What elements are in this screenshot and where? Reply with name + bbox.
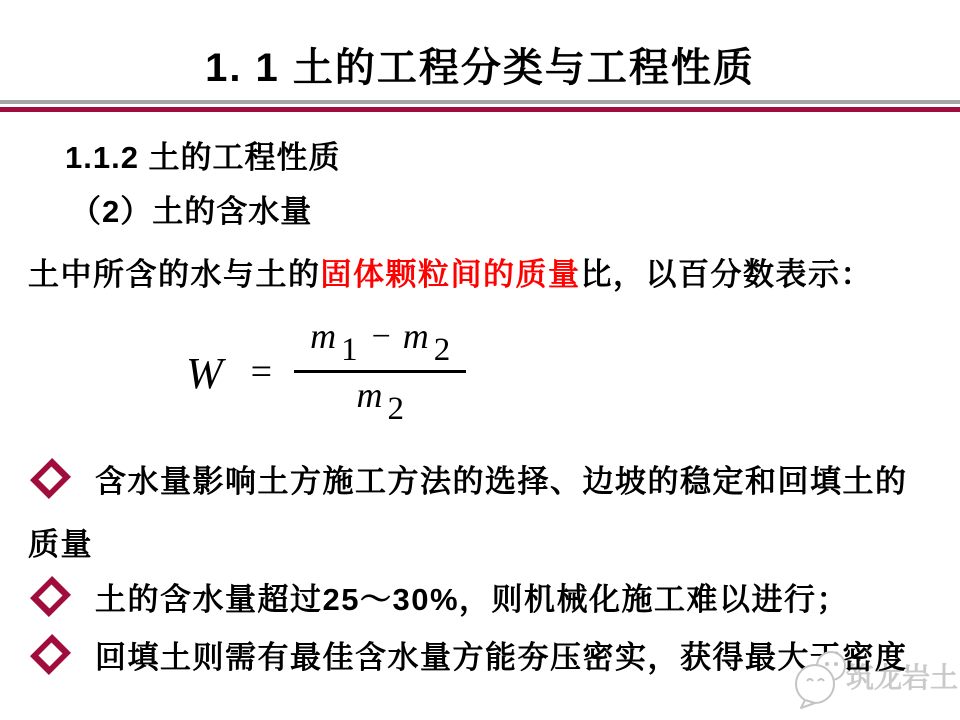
presentation-slide: 1. 1 土的工程分类与工程性质 1.1.2 土的工程性质 （2）土的含水量 土… bbox=[0, 0, 960, 720]
formula-fraction: m 1 − m 2 m 2 bbox=[294, 318, 466, 413]
section-subheading: （2）土的含水量 bbox=[70, 186, 312, 231]
intro-paragraph: 土中所含的水与土的固体颗粒间的质量比，以百分数表示： bbox=[28, 249, 873, 294]
watermark-chat-bubbles-logo-icon bbox=[791, 648, 853, 710]
section-heading: 1.1.2 土的工程性质 bbox=[65, 132, 341, 177]
diamond-bullet-icon bbox=[30, 576, 71, 617]
formula-equals-sign: = bbox=[251, 350, 272, 394]
bullet-item-water-content-influence: 含水量影响土方施工方法的选择、边坡的稳定和回填土的质量 bbox=[28, 450, 908, 576]
formula-den-m-var: m bbox=[356, 377, 382, 413]
intro-text-post: 比，以百分数表示： bbox=[581, 257, 874, 292]
intro-text-highlight: 固体颗粒间的质量 bbox=[321, 257, 581, 292]
water-content-formula: W = m 1 − m 2 m 2 bbox=[186, 318, 466, 413]
bullet-item-backfill-compaction: 回填土则需有最佳含水量方能夯压密实，获得最大干密度 bbox=[28, 626, 908, 689]
formula-denominator: m 2 bbox=[356, 377, 404, 413]
formula-m1-var: m bbox=[310, 318, 336, 354]
bullet-text: 回填土则需有最佳含水量方能夯压密实，获得最大干密度 bbox=[95, 640, 908, 675]
bullet-text: 土的含水量超过25～30%，则机械化施工难以进行； bbox=[95, 582, 849, 617]
diamond-bullet-icon bbox=[30, 634, 71, 675]
formula-den-subscript: 2 bbox=[387, 393, 404, 426]
slide-title: 1. 1 土的工程分类与工程性质 bbox=[0, 36, 960, 93]
formula-variable-w: W bbox=[186, 348, 223, 399]
formula-minus-sign: − bbox=[372, 320, 391, 354]
formula-numerator: m 1 − m 2 bbox=[294, 318, 466, 373]
bullet-item-mechanized-construction: 土的含水量超过25～30%，则机械化施工难以进行； bbox=[28, 568, 849, 631]
formula-m2-var: m bbox=[403, 318, 429, 354]
formula-m2-subscript: 2 bbox=[434, 334, 451, 367]
bullet-text: 含水量影响土方施工方法的选择、边坡的稳定和回填土的质量 bbox=[28, 464, 908, 562]
intro-text-pre: 土中所含的水与土的 bbox=[28, 257, 321, 292]
formula-m1-subscript: 1 bbox=[341, 334, 358, 367]
diamond-bullet-icon bbox=[30, 458, 71, 499]
divider-maroon-line bbox=[0, 107, 960, 112]
divider-gray-line bbox=[0, 100, 960, 104]
